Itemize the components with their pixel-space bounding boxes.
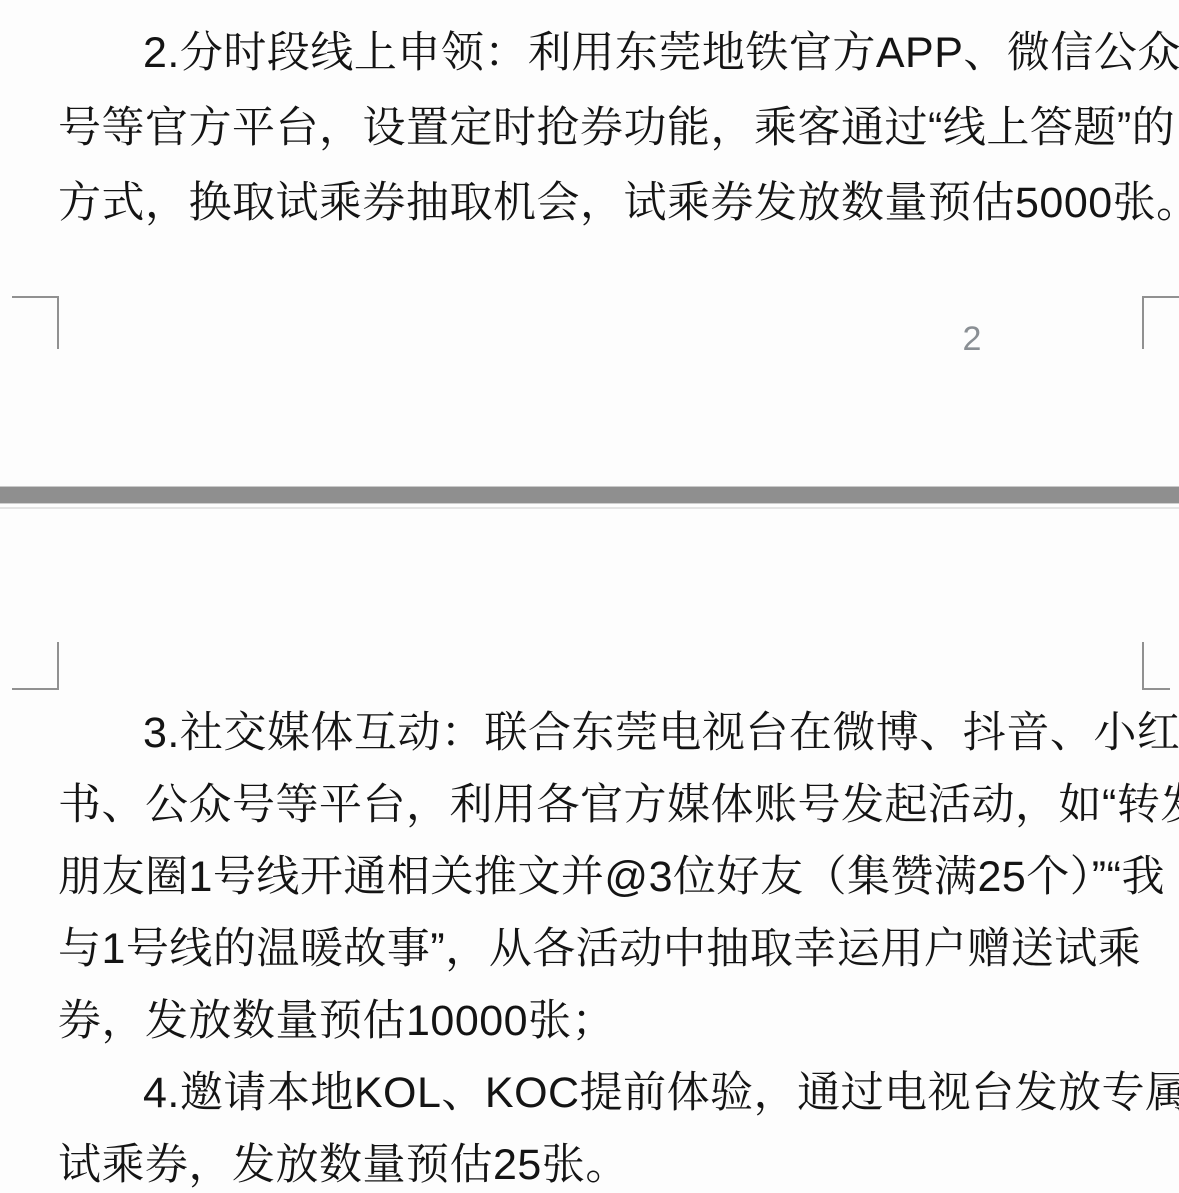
paragraph-2-line-3: 方式，换取试乘券抽取机会，试乘券发放数量预估5000张。 [58, 166, 1179, 241]
paragraph-3-line-4: 与1号线的温暖故事”，从各活动中抽取幸运用户赠送试乘 [58, 913, 1141, 985]
paragraph-3-line-1: 3.社交媒体互动：联合东莞电视台在微博、抖音、小红 [143, 697, 1179, 769]
paragraph-4-line-1: 4.邀请本地KOL、KOC提前体验，通过电视台发放专属 [143, 1057, 1179, 1129]
paragraph-3-line-3: 朋友圈1号线开通相关推文并@3位好友（集赞满25个）”“我 [58, 841, 1165, 913]
paragraph-4-line-2: 试乘券，发放数量预估25张。 [58, 1129, 629, 1193]
text-boundary-mark-top-left [12, 642, 59, 690]
paragraph-2-line-2: 号等官方平台，设置定时抢券功能，乘客通过“线上答题”的 [58, 91, 1175, 166]
paragraph-3-line-5: 券，发放数量预估10000张； [58, 985, 615, 1057]
page-number: 2 [952, 320, 992, 358]
text-boundary-mark-top-right [1142, 642, 1170, 690]
document-viewer[interactable]: 2.分时段线上申领：利用东莞地铁官方APP、微信公众 号等官方平台，设置定时抢券… [0, 0, 1179, 1193]
paragraph-3-line-2: 书、公众号等平台，利用各官方媒体账号发起活动，如“转发 [58, 769, 1179, 841]
text-boundary-mark-bottom-left [12, 296, 59, 349]
page-break-separator [0, 486, 1179, 504]
paragraph-2-line-1: 2.分时段线上申领：利用东莞地铁官方APP、微信公众 [143, 16, 1179, 91]
page-break-shadow [0, 507, 1179, 509]
text-boundary-mark-bottom-right [1142, 296, 1179, 349]
